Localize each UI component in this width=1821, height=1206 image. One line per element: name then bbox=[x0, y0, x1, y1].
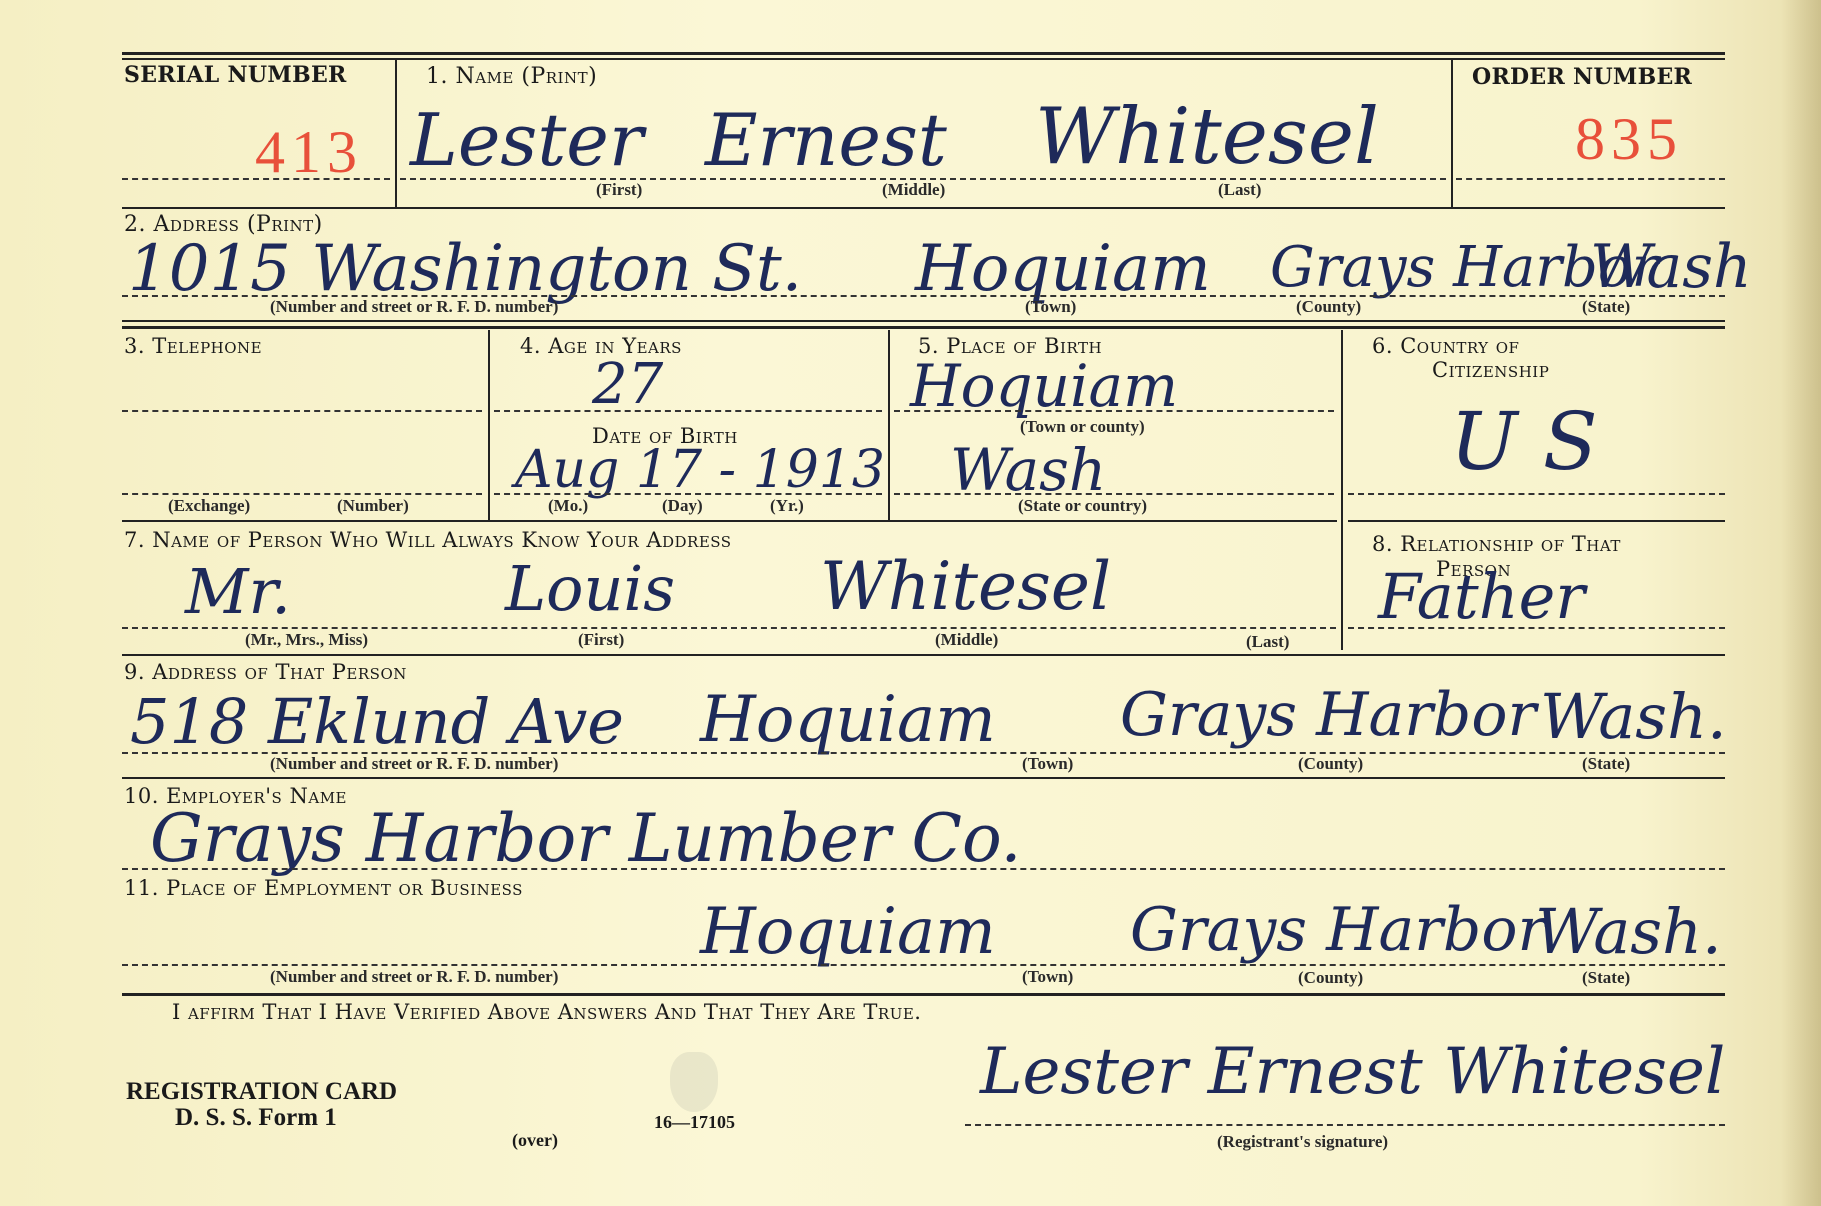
caption-county: (County) bbox=[1296, 297, 1361, 317]
caption-signature: (Registrant's signature) bbox=[1217, 1132, 1388, 1152]
caption-town: (Town) bbox=[1025, 297, 1076, 317]
order-number-value: 835 bbox=[1575, 105, 1683, 174]
contact-first-value: Louis bbox=[505, 552, 675, 625]
contact-address-town-value: Hoquiam bbox=[700, 683, 996, 757]
contact-person-label: 7. Name of Person Who Will Always Know Y… bbox=[124, 528, 732, 552]
contact-address-street-value: 518 Eklund Ave bbox=[130, 685, 624, 758]
telephone-line-2 bbox=[122, 493, 482, 495]
birthplace-town-underline bbox=[894, 410, 1334, 412]
row3-bottom-rule bbox=[122, 520, 1337, 522]
registrant-signature: Lester Ernest Whitesel bbox=[980, 1035, 1725, 1109]
over-indicator: (over) bbox=[512, 1130, 558, 1151]
caption-employment-street: (Number and street or R. F. D. number) bbox=[270, 967, 558, 987]
birthplace-state-underline bbox=[894, 493, 1334, 495]
citizenship-label-2: Citizenship bbox=[1432, 358, 1549, 382]
contact-underline bbox=[122, 627, 1336, 629]
relationship-underline bbox=[1348, 627, 1725, 629]
age-value: 27 bbox=[592, 352, 663, 417]
caption-contact-first: (First) bbox=[578, 630, 624, 650]
registration-card: SERIAL NUMBER 413 1. Name (Print) Lester… bbox=[0, 0, 1821, 1206]
employment-state-value: Wash. bbox=[1535, 895, 1722, 968]
affirmation-text: I affirm That I Have Verified Above Answ… bbox=[172, 1000, 921, 1024]
employment-underline bbox=[122, 964, 1725, 966]
divider-age-birth bbox=[888, 330, 890, 520]
employment-county-value: Grays Harbor bbox=[1130, 895, 1546, 965]
caption-day: (Day) bbox=[662, 496, 703, 516]
order-number-label: ORDER NUMBER bbox=[1472, 64, 1692, 90]
caption-contact-county: (County) bbox=[1298, 754, 1363, 774]
row7-bottom-rule bbox=[122, 654, 1725, 656]
address-state-value: Wash bbox=[1590, 232, 1752, 302]
row3-bottom-rule-right bbox=[1348, 520, 1725, 522]
row2-bottom-rule bbox=[122, 320, 1725, 322]
contact-address-label: 9. Address of That Person bbox=[124, 660, 407, 684]
card-edge-shadow bbox=[1781, 0, 1821, 1206]
divider-birth-citizenship bbox=[1341, 330, 1343, 650]
relationship-label-1: 8. Relationship of That bbox=[1372, 532, 1621, 556]
contact-title-value: Mr. bbox=[185, 555, 291, 628]
citizenship-underline bbox=[1348, 493, 1725, 495]
row11-bottom-rule bbox=[122, 993, 1725, 996]
dob-underline bbox=[494, 493, 882, 495]
relationship-value: Father bbox=[1378, 560, 1585, 633]
caption-month: (Mo.) bbox=[548, 496, 588, 516]
telephone-label: 3. Telephone bbox=[124, 334, 262, 358]
employment-town-value: Hoquiam bbox=[700, 895, 996, 969]
caption-exchange: (Exchange) bbox=[168, 496, 250, 516]
serial-underline bbox=[122, 178, 390, 180]
caption-contact-town: (Town) bbox=[1022, 754, 1073, 774]
caption-middle: (Middle) bbox=[882, 180, 945, 200]
caption-street: (Number and street or R. F. D. number) bbox=[270, 297, 558, 317]
caption-state-or-country: (State or country) bbox=[1018, 496, 1147, 516]
divider-name-order bbox=[1451, 58, 1453, 208]
caption-contact-last: (Last) bbox=[1246, 632, 1289, 652]
name-middle-value: Ernest bbox=[705, 98, 947, 182]
row2-bottom-rule-inner bbox=[122, 326, 1725, 329]
row1-bottom-rule bbox=[122, 207, 1725, 209]
telephone-line-1 bbox=[122, 410, 482, 412]
card-title: REGISTRATION CARD bbox=[126, 1078, 397, 1106]
order-underline bbox=[1456, 178, 1725, 180]
row9-bottom-rule bbox=[122, 777, 1725, 779]
signature-underline bbox=[965, 1124, 1725, 1126]
serial-number-label: SERIAL NUMBER bbox=[124, 62, 347, 88]
contact-address-state-value: Wash. bbox=[1540, 680, 1727, 753]
top-rule-inner bbox=[122, 58, 1725, 60]
caption-employment-county: (County) bbox=[1298, 968, 1363, 988]
caption-contact-state: (State) bbox=[1582, 754, 1630, 774]
age-underline bbox=[494, 410, 882, 412]
print-code: 16—17105 bbox=[654, 1112, 735, 1133]
caption-first: (First) bbox=[596, 180, 642, 200]
form-name: D. S. S. Form 1 bbox=[175, 1104, 337, 1132]
contact-address-county-value: Grays Harbor bbox=[1120, 680, 1536, 750]
caption-contact-middle: (Middle) bbox=[935, 630, 998, 650]
name-label: 1. Name (Print) bbox=[426, 64, 597, 89]
divider-tel-age bbox=[488, 330, 490, 520]
employer-value: Grays Harbor Lumber Co. bbox=[150, 800, 1022, 877]
caption-title: (Mr., Mrs., Miss) bbox=[245, 630, 368, 650]
caption-number: (Number) bbox=[337, 496, 409, 516]
caption-town-or-county: (Town or county) bbox=[1020, 417, 1145, 437]
caption-last: (Last) bbox=[1218, 180, 1261, 200]
contact-last-value: Whitesel bbox=[820, 548, 1111, 625]
caption-year: (Yr.) bbox=[770, 496, 804, 516]
watermark-icon bbox=[670, 1052, 718, 1112]
caption-employment-state: (State) bbox=[1582, 968, 1630, 988]
dob-value: Aug 17 - 1913 bbox=[515, 440, 885, 500]
citizenship-label-1: 6. Country of bbox=[1372, 334, 1519, 358]
caption-state: (State) bbox=[1582, 297, 1630, 317]
divider-serial-name bbox=[395, 58, 397, 208]
employer-underline bbox=[122, 868, 1725, 870]
name-last-value: Whitesel bbox=[1035, 92, 1379, 182]
caption-employment-town: (Town) bbox=[1022, 967, 1073, 987]
top-rule bbox=[122, 52, 1725, 55]
employment-place-label: 11. Place of Employment or Business bbox=[124, 876, 523, 900]
citizenship-value: U S bbox=[1450, 395, 1598, 488]
name-first-value: Lester bbox=[410, 98, 643, 182]
serial-number-value: 413 bbox=[255, 118, 363, 187]
caption-contact-street: (Number and street or R. F. D. number) bbox=[270, 754, 558, 774]
